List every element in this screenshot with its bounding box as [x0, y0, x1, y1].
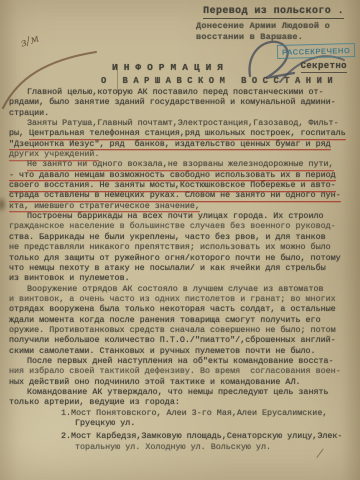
- document-line: оружие. Противотанковых средств сначала …: [9, 325, 357, 335]
- document-line: скими самолетами. Станковых и ручных пул…: [9, 346, 357, 356]
- document-line: Не занято ни одного вокзала,не взорваны …: [9, 159, 357, 169]
- document-line: Вооружение отрядов АК состояло в лучшем …: [9, 284, 357, 294]
- document-line: отрядах вооружена была только некоторая …: [9, 304, 357, 314]
- document-body: Главной целью,которую АК поставило перед…: [9, 87, 357, 452]
- document-line: ры, Центральная телефонная станция,ряд ш…: [9, 128, 357, 138]
- translation-note: Перевод из польского .: [203, 6, 344, 19]
- document-line: Построены баррикады на всех почти улицах…: [9, 211, 357, 221]
- document-line: Груецкую ул.: [9, 418, 357, 428]
- document-line: не представляли никакого препятствия; ис…: [9, 242, 357, 252]
- document-line: из винтовок и пулеметов.: [9, 273, 357, 283]
- document-line: 2.Мост Карбедзя,Замковую площадь,Сенатор…: [9, 431, 357, 441]
- report-note-line: восстании в Варшаве.: [196, 32, 334, 43]
- document-line: и винтовок, а очень часто из одних писто…: [9, 294, 357, 304]
- document-line: ства. Баррикады не были укреплены, часто…: [9, 232, 357, 242]
- document-line: ния избрало своей тактикой дефензиву. Во…: [9, 366, 357, 376]
- document-line: Командование АК утверждало, что немцы пр…: [9, 387, 357, 397]
- declassified-stamp: РАССЕКРЕЧЕНО: [277, 43, 356, 59]
- document-line: страда оставлены в немецких руках. Слово…: [9, 190, 357, 200]
- document-line: ждали момента когда после ранения товари…: [9, 315, 357, 325]
- document-line: что немцы пехоту в атаку не посылали/ и …: [9, 263, 357, 273]
- document-line: страции.: [9, 108, 357, 118]
- document-line: торальную ул. Холодную ул. Вольскую ул.: [9, 442, 357, 452]
- secrecy-label: Секретно: [301, 61, 347, 73]
- document-line: гражданское население в большинстве случ…: [9, 221, 357, 231]
- report-note-line: Донесение Армии Людовой о: [196, 21, 334, 32]
- report-note: Донесение Армии Людовой о восстании в Ва…: [196, 21, 334, 42]
- document-page: з/м Перевод из польского . Донесение Арм…: [0, 0, 360, 480]
- document-line: Заняты Ратуша,Главный почтамт,Электроста…: [9, 118, 357, 128]
- red-underlined-text: Не занято ни одного вокзала,не взорваны …: [27, 159, 334, 171]
- document-line: кта, имевшего стратегическое значение,: [9, 201, 357, 211]
- document-line: рядами, было занятие зданий государствен…: [9, 97, 357, 107]
- document-line: только артерии, ведущие из города:: [9, 397, 357, 407]
- document-line: только для защиты от ружейного огня/кото…: [9, 253, 357, 263]
- document-line: 1.Мост Понятовского, Алеи 3-го Мая,Алеи …: [9, 408, 357, 418]
- document-title: ИНФОРМАЦИЯ: [112, 62, 229, 73]
- red-underlined-text: кта, имевшего стратегическое значение,: [9, 201, 200, 213]
- margin-note-handwriting: з/м: [19, 32, 41, 50]
- document-line: - что давало немцам возможность свободно…: [9, 170, 357, 180]
- document-line: После первых дней наступления на об"екты…: [9, 356, 357, 366]
- pencil-mark: /: [317, 446, 323, 460]
- document-line: Главной целью,которую АК поставило перед…: [9, 87, 357, 97]
- document-line: ных действий оно подчинило этой тактике …: [9, 377, 357, 387]
- document-line: "Дзеционтка Иезус", ряд банков, издатель…: [9, 139, 357, 149]
- document-subtitle: О ВАРШАВСКОМ ВОССТАНИИ: [101, 76, 338, 86]
- document-line: своего восстания. Не заняты мосты,Костюш…: [9, 180, 357, 190]
- ink-smudge: [0, 196, 7, 213]
- document-line: получили небольшое количество П.Т.О./"пи…: [9, 335, 357, 345]
- document-line: других учреждений.: [9, 149, 357, 159]
